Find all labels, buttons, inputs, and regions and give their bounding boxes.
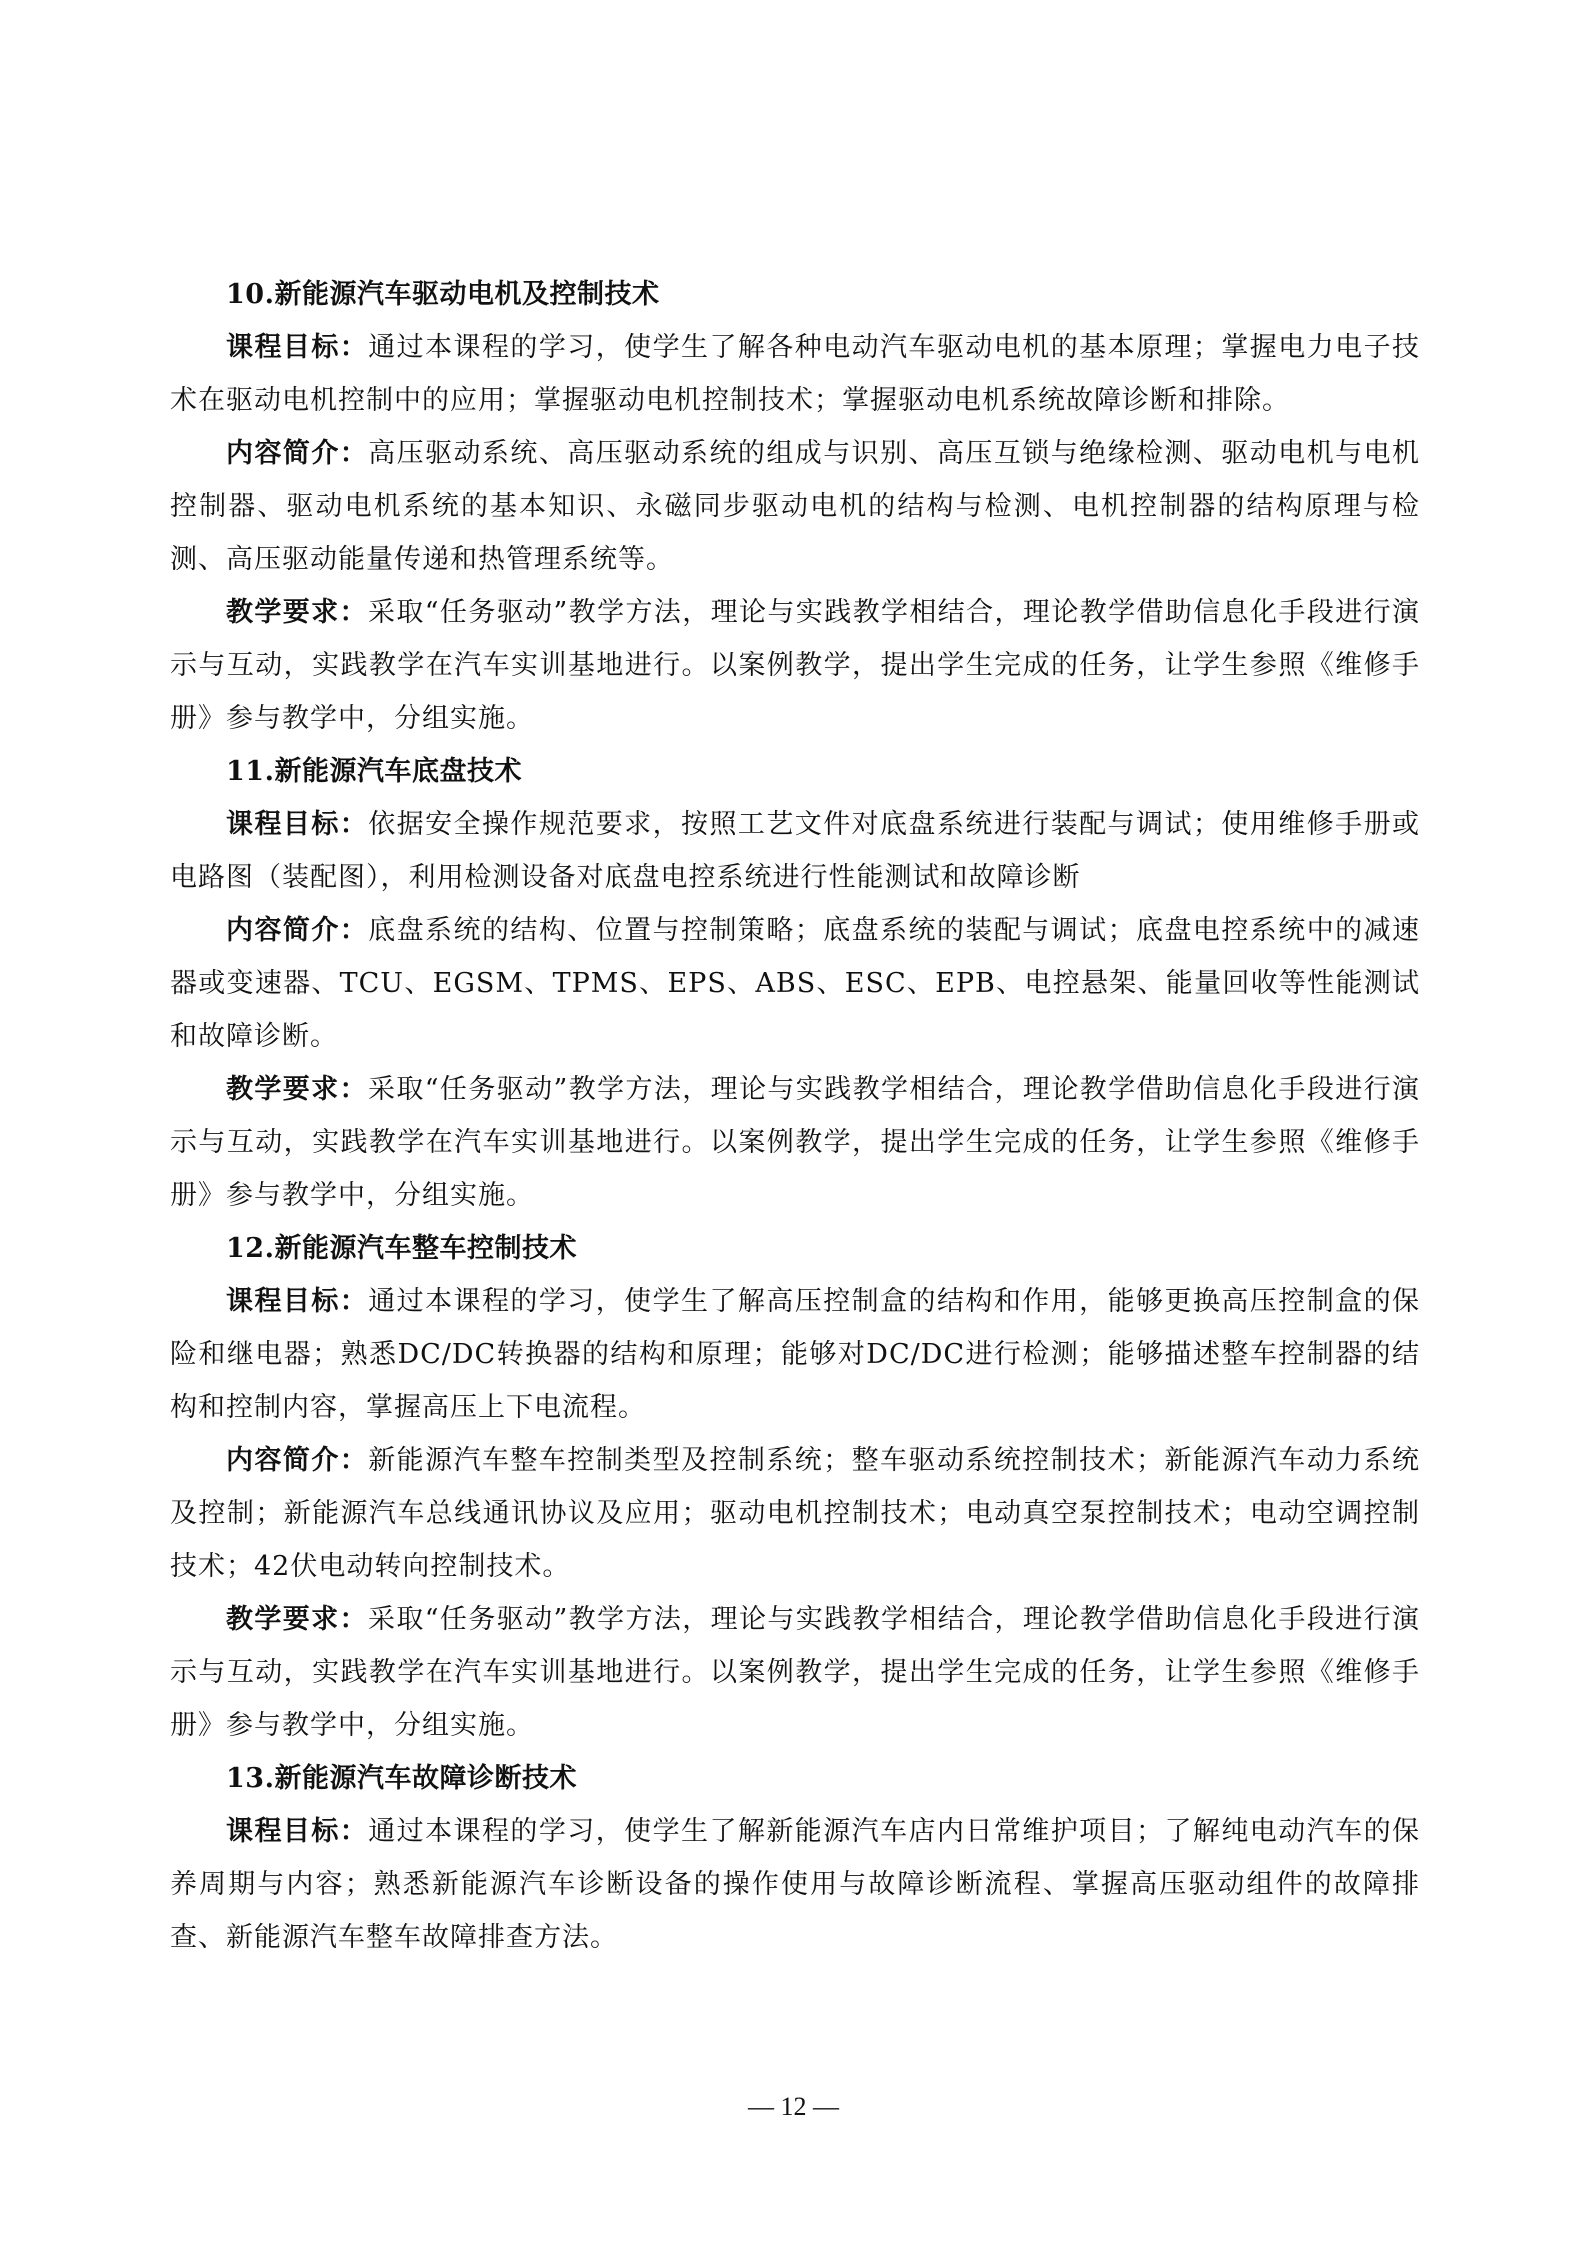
content-summary-paragraph: 内容简介：新能源汽车整车控制类型及控制系统；整车驱动系统控制技术；新能源汽车动力… <box>170 1434 1420 1593</box>
teaching-requirements-label: 教学要求： <box>226 1604 368 1635</box>
document-body: 10.新能源汽车驱动电机及控制技术 课程目标：通过本课程的学习，使学生了解各种电… <box>170 268 1420 1964</box>
page-number: — 12 — <box>0 2092 1587 2122</box>
course-section-12: 12.新能源汽车整车控制技术 课程目标：通过本课程的学习，使学生了解高压控制盒的… <box>170 1222 1420 1752</box>
section-heading: 11.新能源汽车底盘技术 <box>170 745 1420 798</box>
section-heading: 13.新能源汽车故障诊断技术 <box>170 1752 1420 1805</box>
course-section-10: 10.新能源汽车驱动电机及控制技术 课程目标：通过本课程的学习，使学生了解各种电… <box>170 268 1420 745</box>
course-goal-paragraph: 课程目标：通过本课程的学习，使学生了解高压控制盒的结构和作用，能够更换高压控制盒… <box>170 1275 1420 1434</box>
course-goal-paragraph: 课程目标：通过本课程的学习，使学生了解各种电动汽车驱动电机的基本原理；掌握电力电… <box>170 321 1420 427</box>
teaching-requirements-label: 教学要求： <box>226 1074 368 1105</box>
content-summary-paragraph: 内容简介：底盘系统的结构、位置与控制策略；底盘系统的装配与调试；底盘电控系统中的… <box>170 904 1420 1063</box>
course-goal-label: 课程目标： <box>226 1816 368 1847</box>
teaching-requirements-paragraph: 教学要求：采取“任务驱动”教学方法，理论与实践教学相结合，理论教学借助信息化手段… <box>170 586 1420 745</box>
course-goal-label: 课程目标： <box>226 809 368 840</box>
content-summary-label: 内容简介： <box>226 915 368 946</box>
course-goal-label: 课程目标： <box>226 332 368 363</box>
teaching-requirements-paragraph: 教学要求：采取“任务驱动”教学方法，理论与实践教学相结合，理论教学借助信息化手段… <box>170 1063 1420 1222</box>
content-summary-label: 内容简介： <box>226 438 368 469</box>
course-section-13: 13.新能源汽车故障诊断技术 课程目标：通过本课程的学习，使学生了解新能源汽车店… <box>170 1752 1420 1964</box>
course-goal-paragraph: 课程目标：通过本课程的学习，使学生了解新能源汽车店内日常维护项目；了解纯电动汽车… <box>170 1805 1420 1964</box>
teaching-requirements-paragraph: 教学要求：采取“任务驱动”教学方法，理论与实践教学相结合，理论教学借助信息化手段… <box>170 1593 1420 1752</box>
course-goal-label: 课程目标： <box>226 1286 368 1317</box>
course-section-11: 11.新能源汽车底盘技术 课程目标：依据安全操作规范要求，按照工艺文件对底盘系统… <box>170 745 1420 1222</box>
content-summary-paragraph: 内容简介：高压驱动系统、高压驱动系统的组成与识别、高压互锁与绝缘检测、驱动电机与… <box>170 427 1420 586</box>
course-goal-paragraph: 课程目标：依据安全操作规范要求，按照工艺文件对底盘系统进行装配与调试；使用维修手… <box>170 798 1420 904</box>
content-summary-label: 内容简介： <box>226 1445 368 1476</box>
section-heading: 12.新能源汽车整车控制技术 <box>170 1222 1420 1275</box>
teaching-requirements-label: 教学要求： <box>226 597 368 628</box>
section-heading: 10.新能源汽车驱动电机及控制技术 <box>170 268 1420 321</box>
